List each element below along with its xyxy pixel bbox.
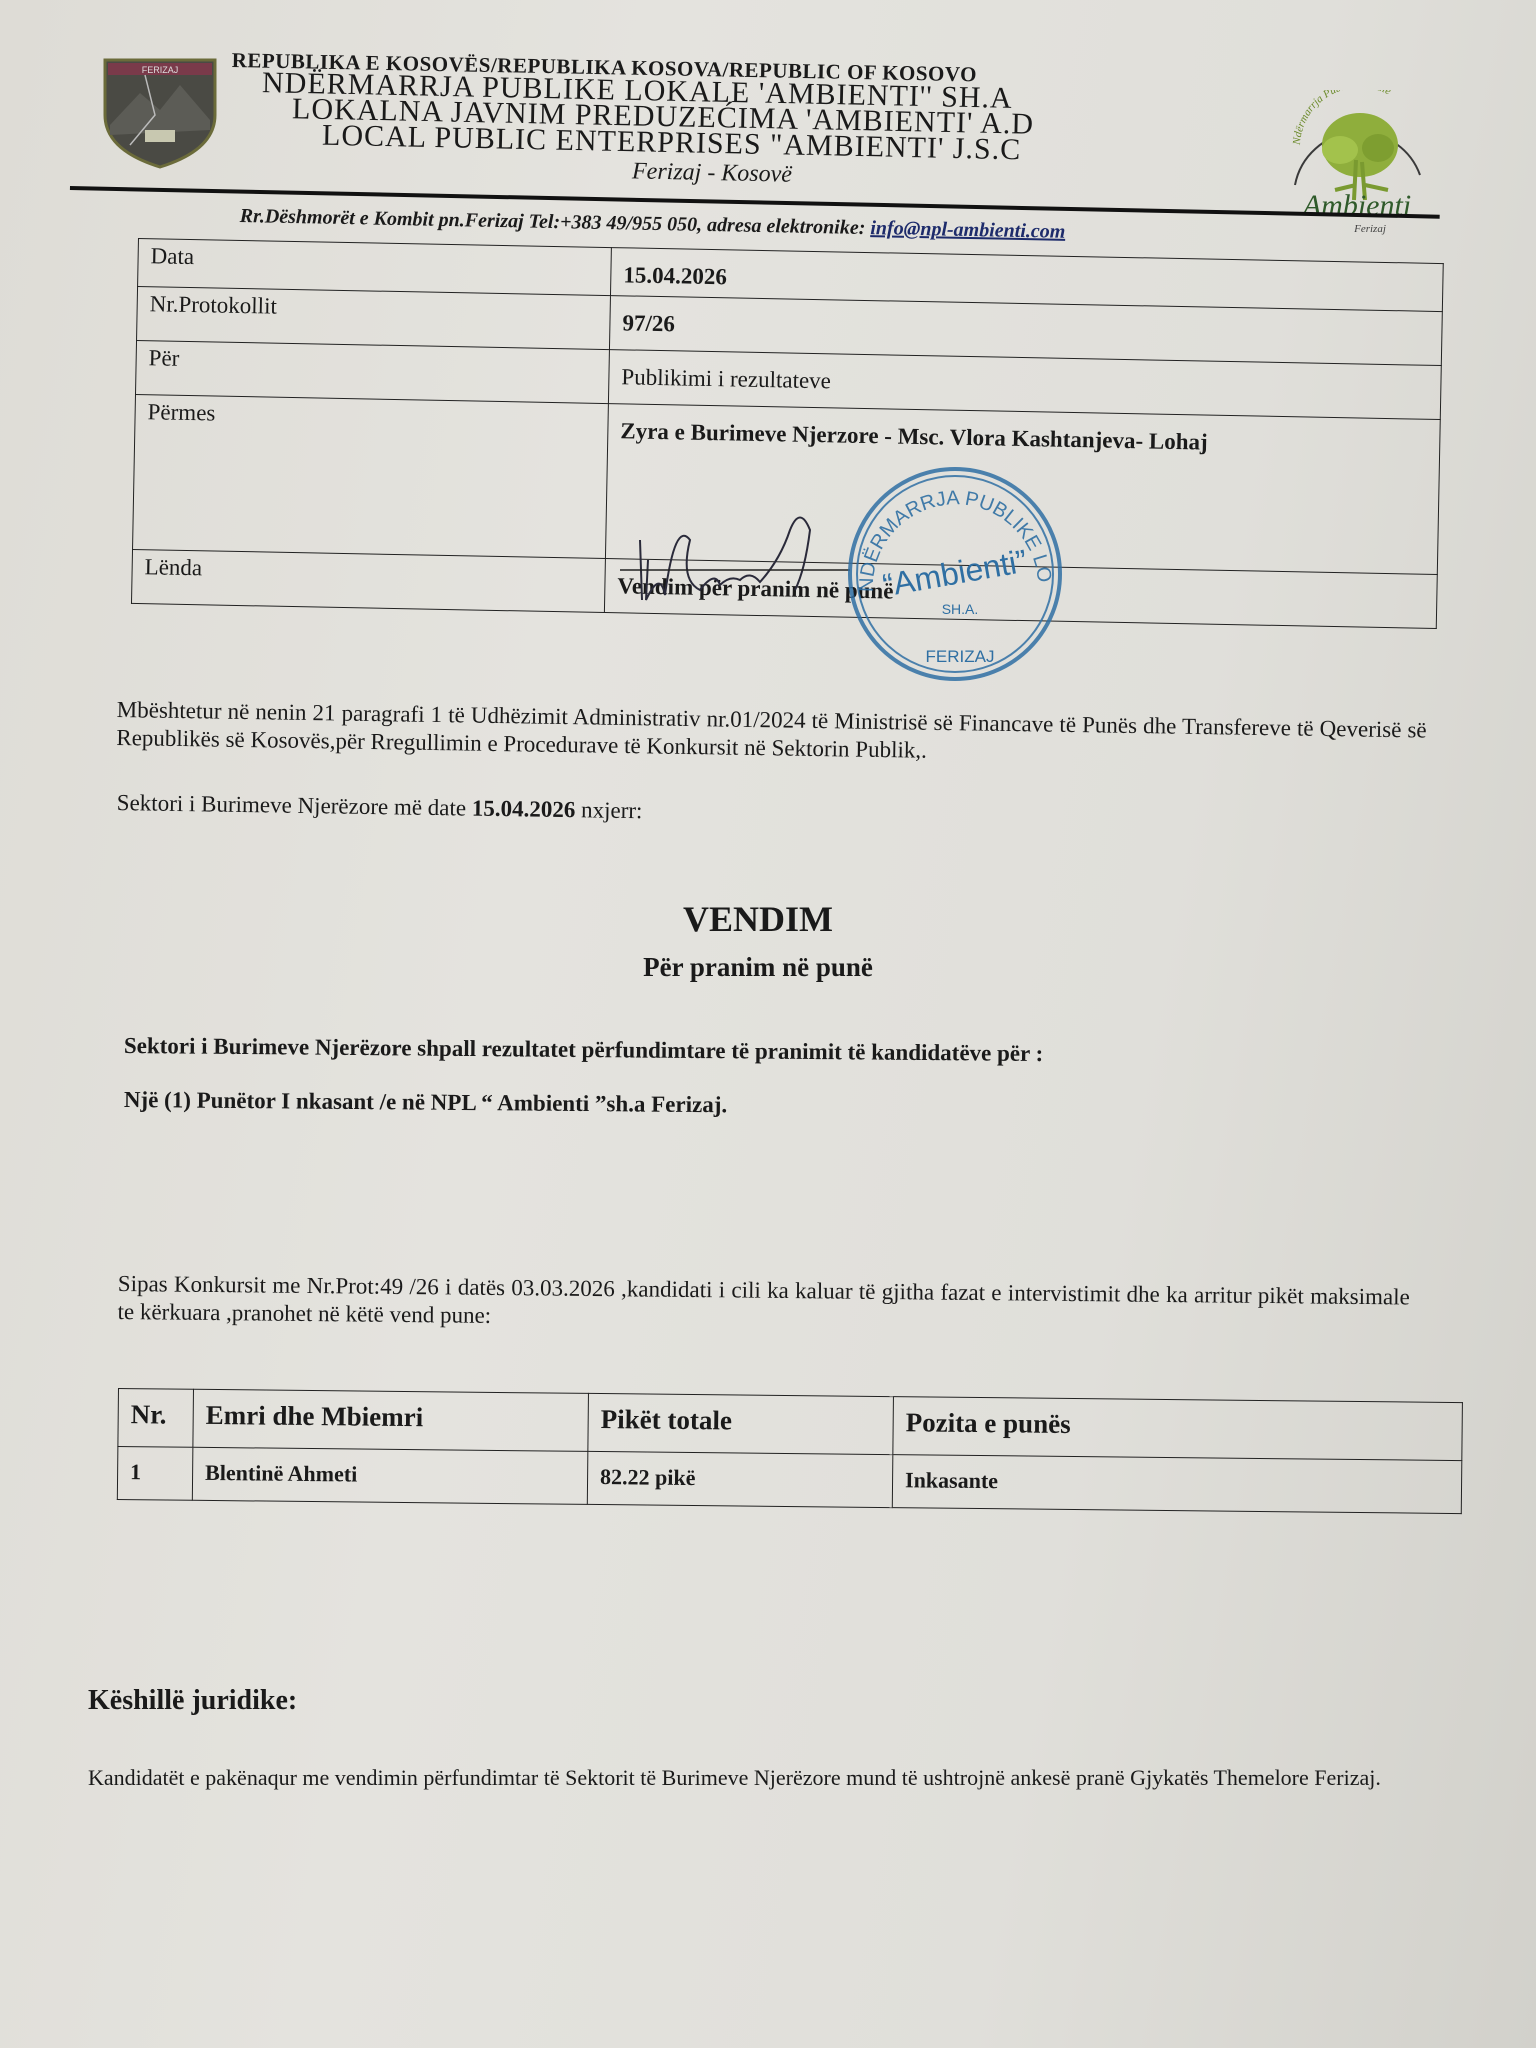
column-header-nr: Nr. [118, 1389, 194, 1448]
issued-line: Sektori i Burimeve Njerëzore më date 15.… [117, 790, 643, 824]
ferizaj-crest-icon: FERIZAJ [100, 55, 220, 170]
column-header-position: Pozita e punës [893, 1397, 1463, 1461]
contact-text: Rr.Dëshmorët e Kombit pn.Ferizaj Tel:+38… [240, 205, 871, 239]
cell-nr: 1 [117, 1447, 193, 1501]
issued-suffix: nxjerr: [575, 797, 642, 823]
signature-icon [620, 500, 850, 610]
issued-date: 15.04.2026 [472, 796, 576, 823]
email-link[interactable]: info@npl-ambienti.com [870, 217, 1065, 243]
contact-line: Rr.Dëshmorët e Kombit pn.Ferizaj Tel:+38… [240, 205, 1066, 244]
competition-paragraph: Sipas Konkursit me Nr.Prot:49 /26 i datë… [117, 1270, 1410, 1340]
column-header-name: Emri dhe Mbiemri [193, 1389, 589, 1451]
announcement-line: Sektori i Burimeve Njerëzore shpall rezu… [124, 1033, 1044, 1067]
legal-basis-paragraph: Mbështetur në nenin 21 paragrafi 1 të Ud… [116, 696, 1427, 773]
info-label: Përmes [133, 394, 609, 558]
svg-text:SH.A.: SH.A. [942, 601, 979, 617]
info-label: Lënda [131, 549, 605, 612]
document-page: FERIZAJ REPUBLIKA E KOSOVËS/REPUBLIKA KO… [0, 0, 1536, 2048]
svg-text:“Ambienti”: “Ambienti” [880, 543, 1030, 604]
official-stamp-icon: NDËRMARRJA PUBLIKE LOKALE “Ambienti” SH.… [838, 462, 1073, 687]
svg-text:FERIZAJ: FERIZAJ [926, 647, 995, 666]
info-label: Nr.Protokollit [137, 287, 611, 350]
issued-prefix: Sektori i Burimeve Njerëzore më date [117, 790, 472, 821]
results-table: Nr. Emri dhe Mbiemri Pikët totale Pozita… [117, 1388, 1463, 1514]
svg-text:Ferizaj: Ferizaj [1353, 223, 1386, 235]
cell-name: Blentinë Ahmeti [192, 1447, 588, 1504]
decision-subtitle: Për pranim në punë [0, 952, 1526, 983]
legal-advice-text: Kandidatët e pakënaqur me vendimin përfu… [88, 1763, 1428, 1792]
svg-text:FERIZAJ: FERIZAJ [142, 65, 179, 75]
cell-position: Inkasante [892, 1455, 1462, 1514]
header-location: Ferizaj - Kosovë [632, 158, 793, 188]
position-line: Një (1) Punëtor I nkasant /e në NPL “ Am… [124, 1087, 728, 1118]
legal-advice-heading: Këshillë juridike: [88, 1685, 297, 1717]
info-label: Për [135, 340, 609, 403]
decision-title: VENDIM [0, 898, 1526, 940]
column-header-points: Pikët totale [588, 1393, 894, 1454]
cell-points: 82.22 pikë [587, 1451, 893, 1507]
